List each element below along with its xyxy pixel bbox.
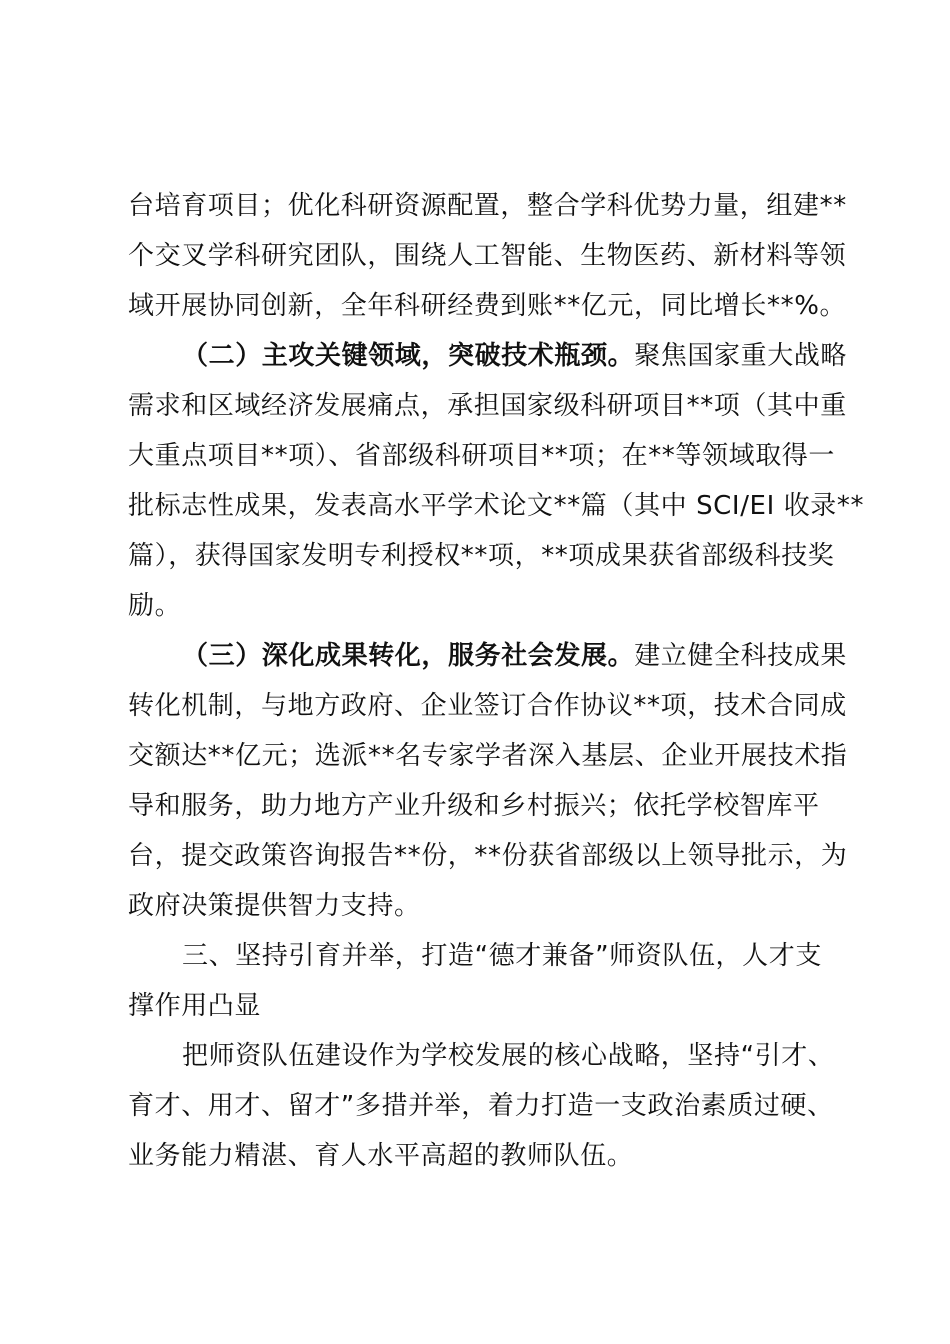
text-line: 育才、用才、留才”多措并举，着力打造一支政治素质过硬、 xyxy=(128,1086,834,1136)
text-line: 把师资队伍建设作为学校发展的核心战略，坚持“引才、 xyxy=(128,1036,834,1086)
paragraph-key-fields: （二）主攻关键领域，突破技术瓶颈。聚焦国家重大战略 需求和区域经济发展痛点，承担… xyxy=(128,336,834,636)
subsection-heading: （三）深化成果转化，服务社会发展。 xyxy=(182,641,634,671)
subsection-heading: （二）主攻关键领域，突破技术瓶颈。 xyxy=(182,341,634,371)
document-body: 台培育项目；优化科研资源配置，整合学科优势力量，组建** 个交叉学科研究团队，围… xyxy=(128,186,834,1186)
text-run: 建立健全科技成果 xyxy=(634,641,847,671)
text-line: 业务能力精湛、育人水平高超的教师队伍。 xyxy=(128,1136,834,1186)
text-line: （二）主攻关键领域，突破技术瓶颈。聚焦国家重大战略 xyxy=(128,336,834,386)
text-line: 励。 xyxy=(128,586,834,636)
paragraph-achievement-transfer: （三）深化成果转化，服务社会发展。建立健全科技成果 转化机制，与地方政府、企业签… xyxy=(128,636,834,936)
text-line: 转化机制，与地方政府、企业签订合作协议**项，技术合同成 xyxy=(128,686,834,736)
section-heading-faculty: 三、坚持引育并举，打造“德才兼备”师资队伍，人才支 撑作用凸显 xyxy=(128,936,834,1036)
text-line: 篇），获得国家发明专利授权**项，**项成果获省部级科技奖 xyxy=(128,536,834,586)
text-line: 批标志性成果，发表高水平学术论文**篇（其中 SCI/EI 收录** xyxy=(128,486,834,536)
document-page: 台培育项目；优化科研资源配置，整合学科优势力量，组建** 个交叉学科研究团队，围… xyxy=(0,0,950,1344)
text-line: 导和服务，助力地方产业升级和乡村振兴；依托学校智库平 xyxy=(128,786,834,836)
text-line: 台，提交政策咨询报告**份，**份获省部级以上领导批示，为 xyxy=(128,836,834,886)
text-line: 大重点项目**项）、省部级科研项目**项；在**等领域取得一 xyxy=(128,436,834,486)
text-line: 域开展协同创新，全年科研经费到账**亿元，同比增长**%。 xyxy=(128,286,834,336)
section-heading-line: 三、坚持引育并举，打造“德才兼备”师资队伍，人才支 xyxy=(128,936,834,986)
text-line: 台培育项目；优化科研资源配置，整合学科优势力量，组建** xyxy=(128,186,834,236)
text-line: 需求和区域经济发展痛点，承担国家级科研项目**项（其中重 xyxy=(128,386,834,436)
text-line: （三）深化成果转化，服务社会发展。建立健全科技成果 xyxy=(128,636,834,686)
section-heading-line: 撑作用凸显 xyxy=(128,986,834,1036)
paragraph-faculty-strategy: 把师资队伍建设作为学校发展的核心战略，坚持“引才、 育才、用才、留才”多措并举，… xyxy=(128,1036,834,1186)
text-run: 聚焦国家重大战略 xyxy=(634,341,847,371)
text-line: 政府决策提供智力支持。 xyxy=(128,886,834,936)
text-line: 交额达**亿元；选派**名专家学者深入基层、企业开展技术指 xyxy=(128,736,834,786)
text-line: 个交叉学科研究团队，围绕人工智能、生物医药、新材料等领 xyxy=(128,236,834,286)
paragraph-research-resources: 台培育项目；优化科研资源配置，整合学科优势力量，组建** 个交叉学科研究团队，围… xyxy=(128,186,834,336)
